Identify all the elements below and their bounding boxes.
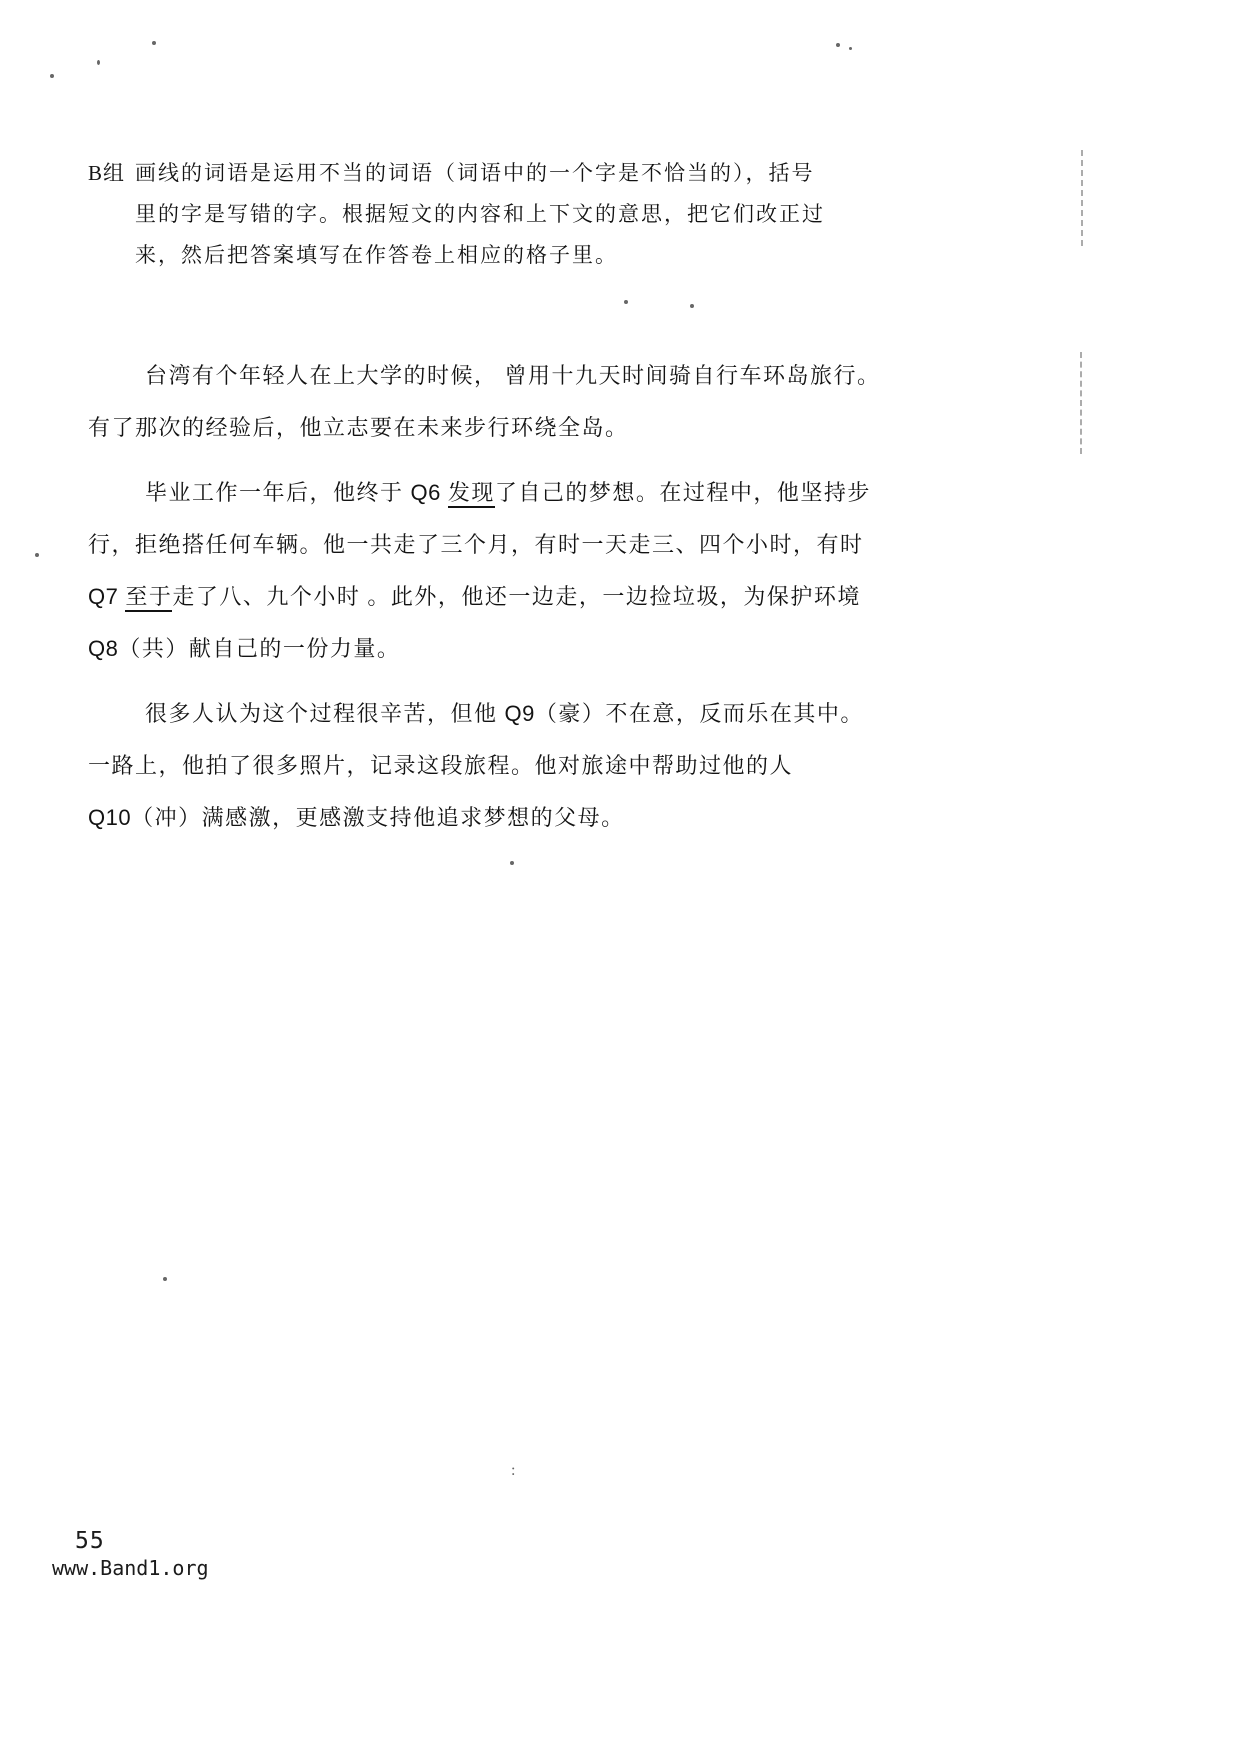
text-line: 一路上，他拍了很多照片，记录这段旅程。他对旅途中帮助过他的人 xyxy=(88,740,958,792)
instruction-block: B组 画线的词语是运用不当的词语（词语中的一个字是不恰当的），括号 里的字是写错… xyxy=(88,153,948,276)
question-marker: Q9 xyxy=(505,701,535,726)
section-label: B组 xyxy=(88,153,125,194)
scan-speck xyxy=(690,304,694,308)
paragraph: 毕业工作一年后，他终于 Q6 发现了自己的梦想。在过程中，他坚持步行，拒绝搭任何… xyxy=(88,467,958,675)
passage-text: 很多人认为这个过程很辛苦，但他 xyxy=(145,701,505,726)
instruction-line: 来，然后把答案填写在作答卷上相应的格子里。 xyxy=(135,235,948,276)
text-line: 毕业工作一年后，他终于 Q6 发现了自己的梦想。在过程中，他坚持步 xyxy=(88,467,958,519)
underlined-word: 发现 xyxy=(448,480,495,508)
scan-speck xyxy=(50,74,54,78)
scan-speck xyxy=(836,43,840,47)
text-line: 行，拒绝搭任何车辆。他一共走了三个月，有时一天走三、四个小时，有时 xyxy=(88,519,958,571)
reading-passage: 台湾有个年轻人在上大学的时候， 曾用十九天时间骑自行车环岛旅行。有了那次的经验后… xyxy=(88,350,958,857)
scan-speck xyxy=(163,1277,167,1281)
question-marker: Q10 xyxy=(88,805,131,830)
scan-binding-dashes xyxy=(1080,352,1082,454)
instruction-line: 里的字是写错的字。根据短文的内容和上下文的意思，把它们改正过 xyxy=(135,194,948,235)
scan-speck xyxy=(849,47,852,50)
question-marker: Q6 xyxy=(411,480,441,505)
passage-text: 了自己的梦想。在过程中，他坚持步 xyxy=(495,480,871,505)
text-line: Q7 至于走了八、九个小时 。此外，他还一边走，一边捡垃圾，为保护环境 xyxy=(88,571,958,623)
question-marker: Q7 xyxy=(88,584,118,609)
scan-speck xyxy=(35,553,39,557)
passage-text: （共）献自己的一份力量。 xyxy=(118,636,400,661)
text-line: 台湾有个年轻人在上大学的时候， 曾用十九天时间骑自行车环岛旅行。 xyxy=(88,350,958,402)
underlined-word: 至于 xyxy=(125,584,172,612)
paragraph: 台湾有个年轻人在上大学的时候， 曾用十九天时间骑自行车环岛旅行。有了那次的经验后… xyxy=(88,350,958,454)
passage-text: 行，拒绝搭任何车辆。他一共走了三个月，有时一天走三、四个小时，有时 xyxy=(88,532,864,557)
text-line: 很多人认为这个过程很辛苦，但他 Q9（豪）不在意，反而乐在其中。 xyxy=(88,688,958,740)
instruction-line: 画线的词语是运用不当的词语（词语中的一个字是不恰当的），括号 xyxy=(135,153,948,194)
scan-speck xyxy=(510,861,514,865)
passage-text xyxy=(441,480,448,505)
scan-speck xyxy=(152,41,156,45)
paragraph: 很多人认为这个过程很辛苦，但他 Q9（豪）不在意，反而乐在其中。一路上，他拍了很… xyxy=(88,688,958,844)
passage-text: （豪）不在意，反而乐在其中。 xyxy=(535,701,864,726)
scan-speck xyxy=(97,60,100,65)
text-line: Q10（冲）满感激，更感激支持他追求梦想的父母。 xyxy=(88,792,958,844)
passage-text: 有了那次的经验后，他立志要在未来步行环绕全岛。 xyxy=(88,415,629,440)
watermark-url: www.Band1.org xyxy=(52,1556,209,1580)
instruction-lines: 画线的词语是运用不当的词语（词语中的一个字是不恰当的），括号 里的字是写错的字。… xyxy=(88,153,948,276)
passage-text: 台湾有个年轻人在上大学的时候， 曾用十九天时间骑自行车环岛旅行。 xyxy=(145,363,881,388)
scan-speck xyxy=(624,300,628,304)
passage-text: 毕业工作一年后，他终于 xyxy=(145,480,411,505)
scan-colon-mark: : xyxy=(511,1462,515,1480)
scan-binding-dashes xyxy=(1081,150,1083,246)
text-line: Q8（共）献自己的一份力量。 xyxy=(88,623,958,675)
page-number: 55 xyxy=(75,1528,105,1554)
question-marker: Q8 xyxy=(88,636,118,661)
passage-text: （冲）满感激，更感激支持他追求梦想的父母。 xyxy=(131,805,625,830)
passage-text: 一路上，他拍了很多照片，记录这段旅程。他对旅途中帮助过他的人 xyxy=(88,753,793,778)
passage-text: 走了八、九个小时 。此外，他还一边走，一边捡垃圾，为保护环境 xyxy=(172,584,861,609)
text-line: 有了那次的经验后，他立志要在未来步行环绕全岛。 xyxy=(88,402,958,454)
